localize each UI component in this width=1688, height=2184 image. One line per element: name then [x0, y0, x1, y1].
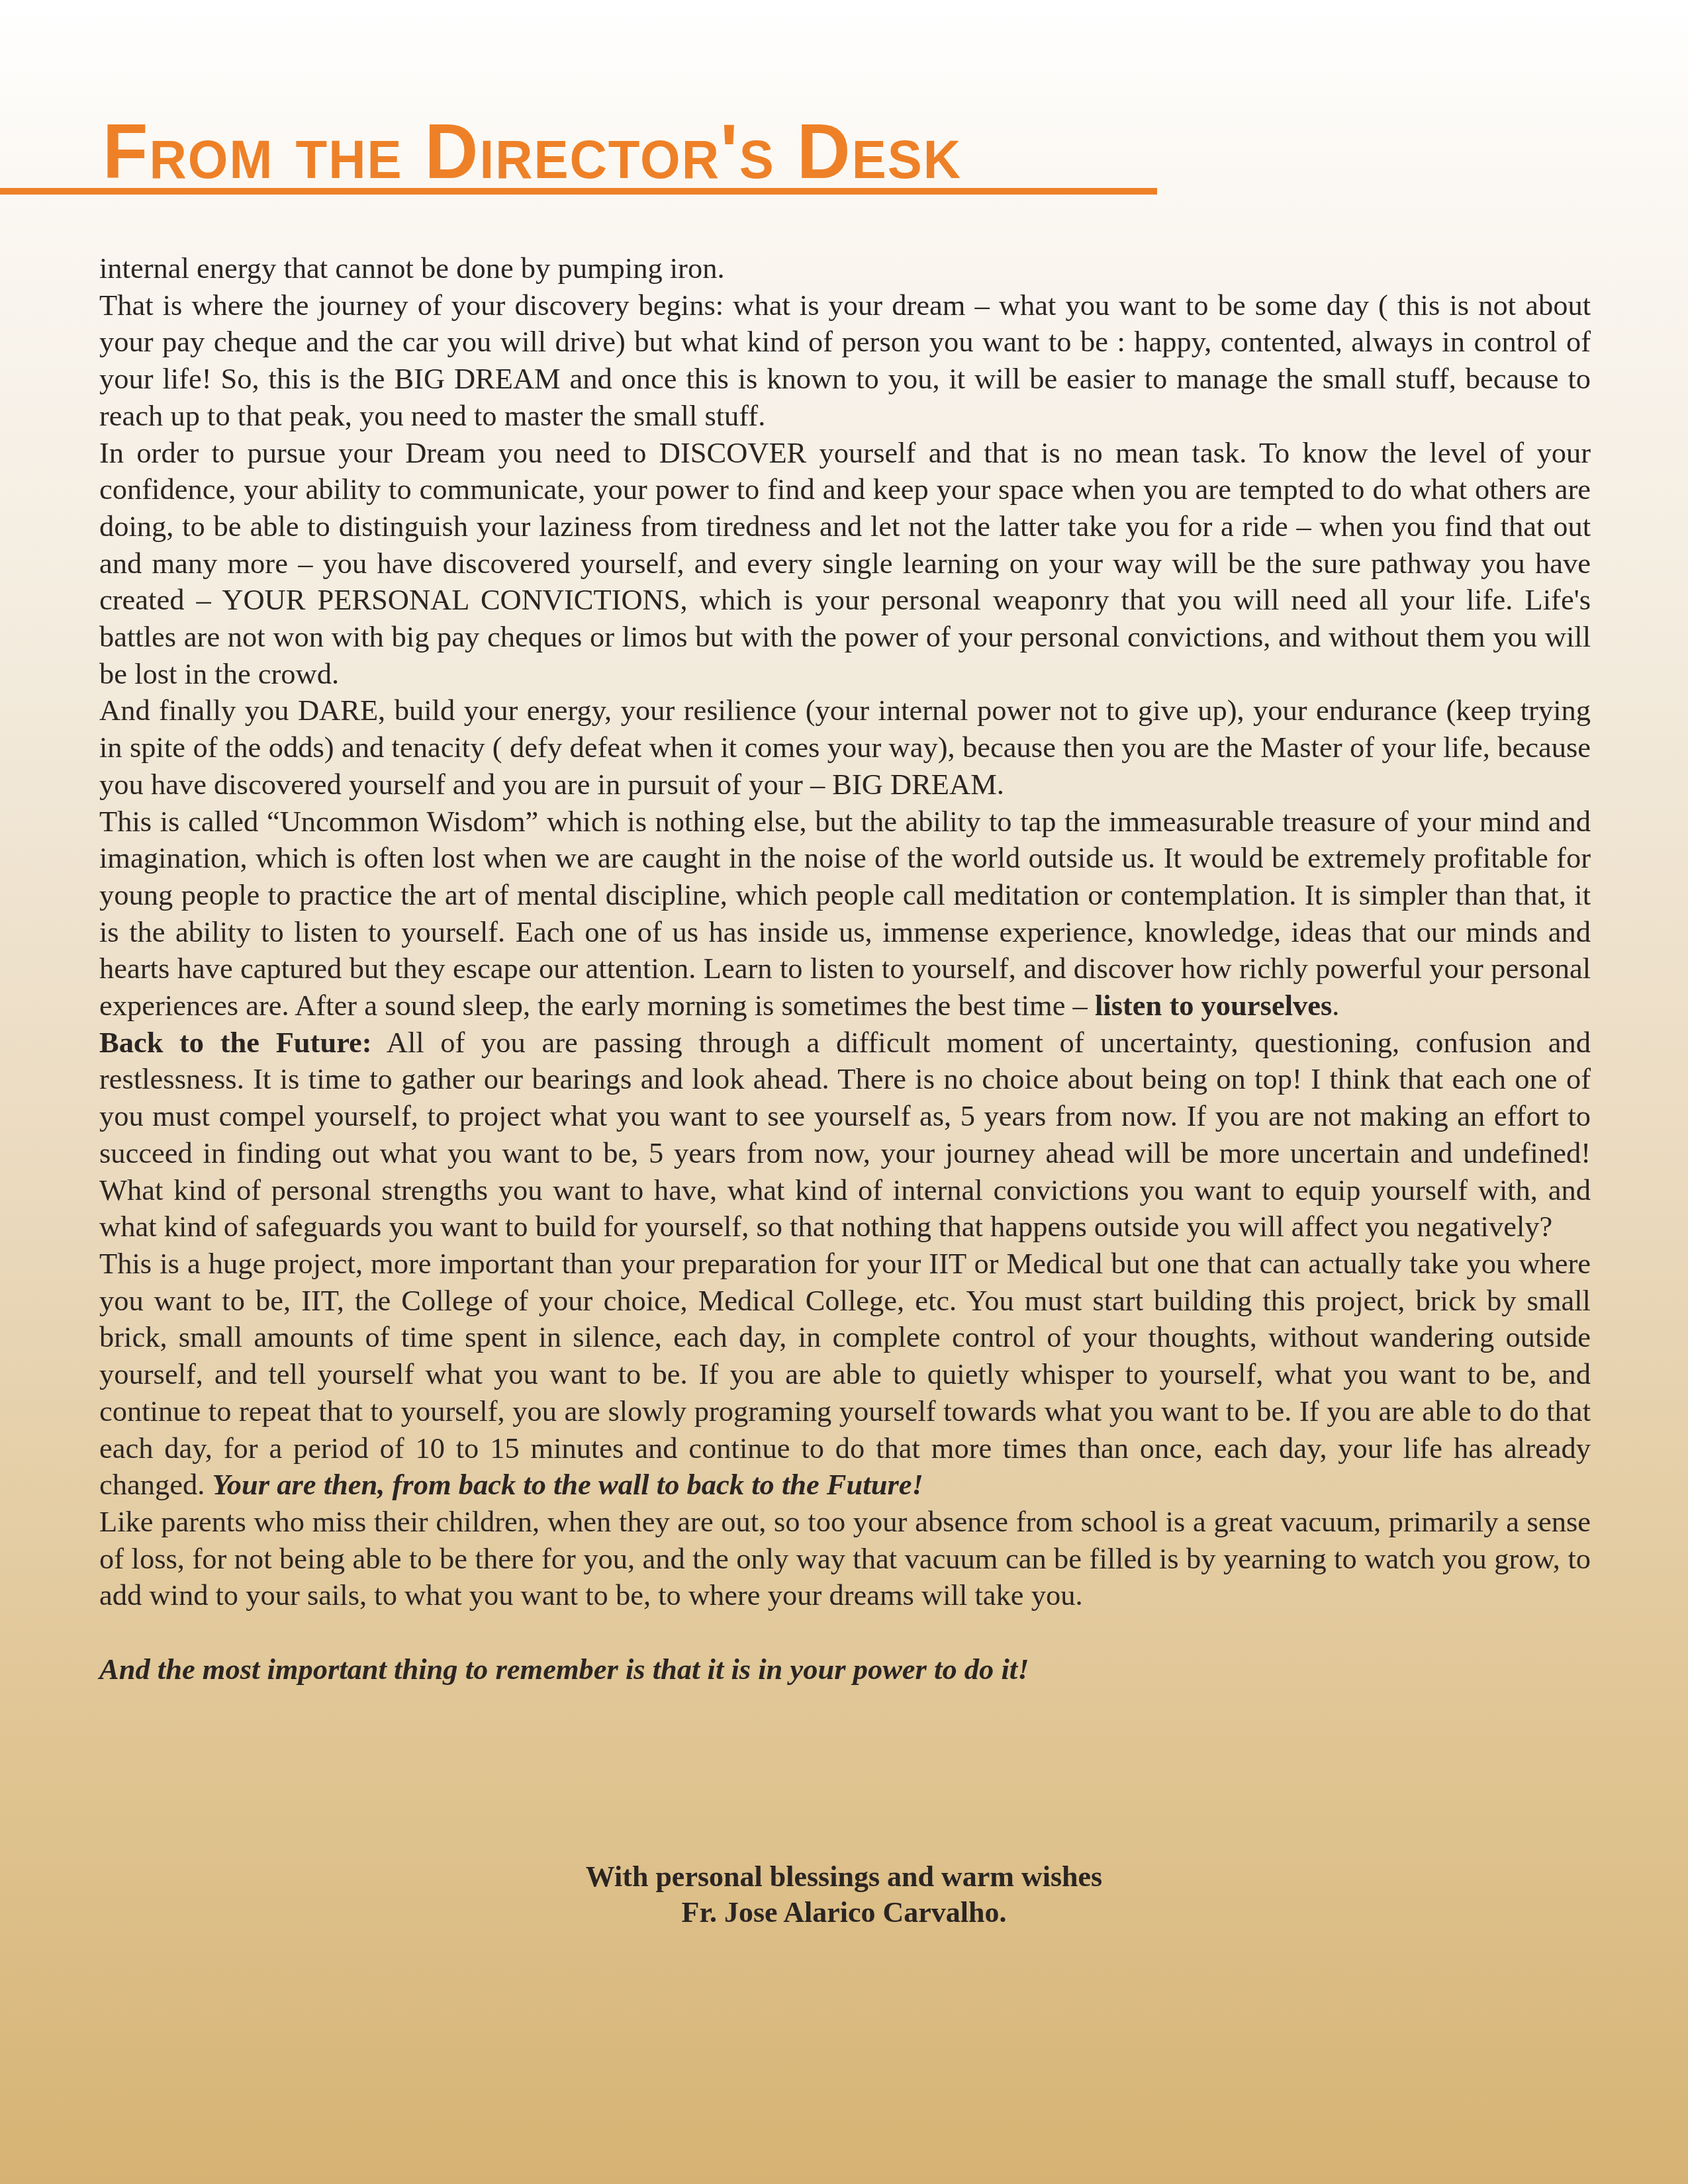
- paragraph-huge-project: This is a huge project, more important t…: [99, 1246, 1591, 1504]
- spacer: [99, 1614, 1591, 1651]
- emphasis-listen: listen to yourselves: [1095, 989, 1332, 1022]
- page-header: From the Director's Desk: [0, 99, 1157, 199]
- paragraph-dare: And finally you DARE, build your energy,…: [99, 692, 1591, 803]
- paragraph-uncommon-wisdom: This is called “Uncommon Wisdom” which i…: [99, 803, 1591, 1024]
- closing-statement: And the most important thing to remember…: [99, 1651, 1591, 1688]
- paragraph-discover: In order to pursue your Dream you need t…: [99, 435, 1591, 693]
- emphasis-future: Your are then, from back to the wall to …: [212, 1468, 923, 1501]
- page-title: From the Director's Desk: [103, 113, 962, 191]
- paragraph-back-to-future: Back to the Future: All of you are passi…: [99, 1024, 1591, 1246]
- article-body: internal energy that cannot be done by p…: [99, 250, 1591, 1688]
- signature-greeting: With personal blessings and warm wishes: [0, 1858, 1688, 1895]
- section-lead-heading: Back to the Future:: [99, 1026, 372, 1059]
- paragraph-intro: internal energy that cannot be done by p…: [99, 250, 1591, 287]
- signature-name: Fr. Jose Alarico Carvalho.: [0, 1894, 1688, 1931]
- paragraph-text: This is a huge project, more important t…: [99, 1247, 1591, 1501]
- paragraph-parents: Like parents who miss their children, wh…: [99, 1504, 1591, 1614]
- paragraph-text: This is called “Uncommon Wisdom” which i…: [99, 805, 1591, 1023]
- paragraph-text: .: [1332, 989, 1339, 1022]
- paragraph-big-dream: That is where the journey of your discov…: [99, 287, 1591, 435]
- title-underline: [0, 188, 1157, 195]
